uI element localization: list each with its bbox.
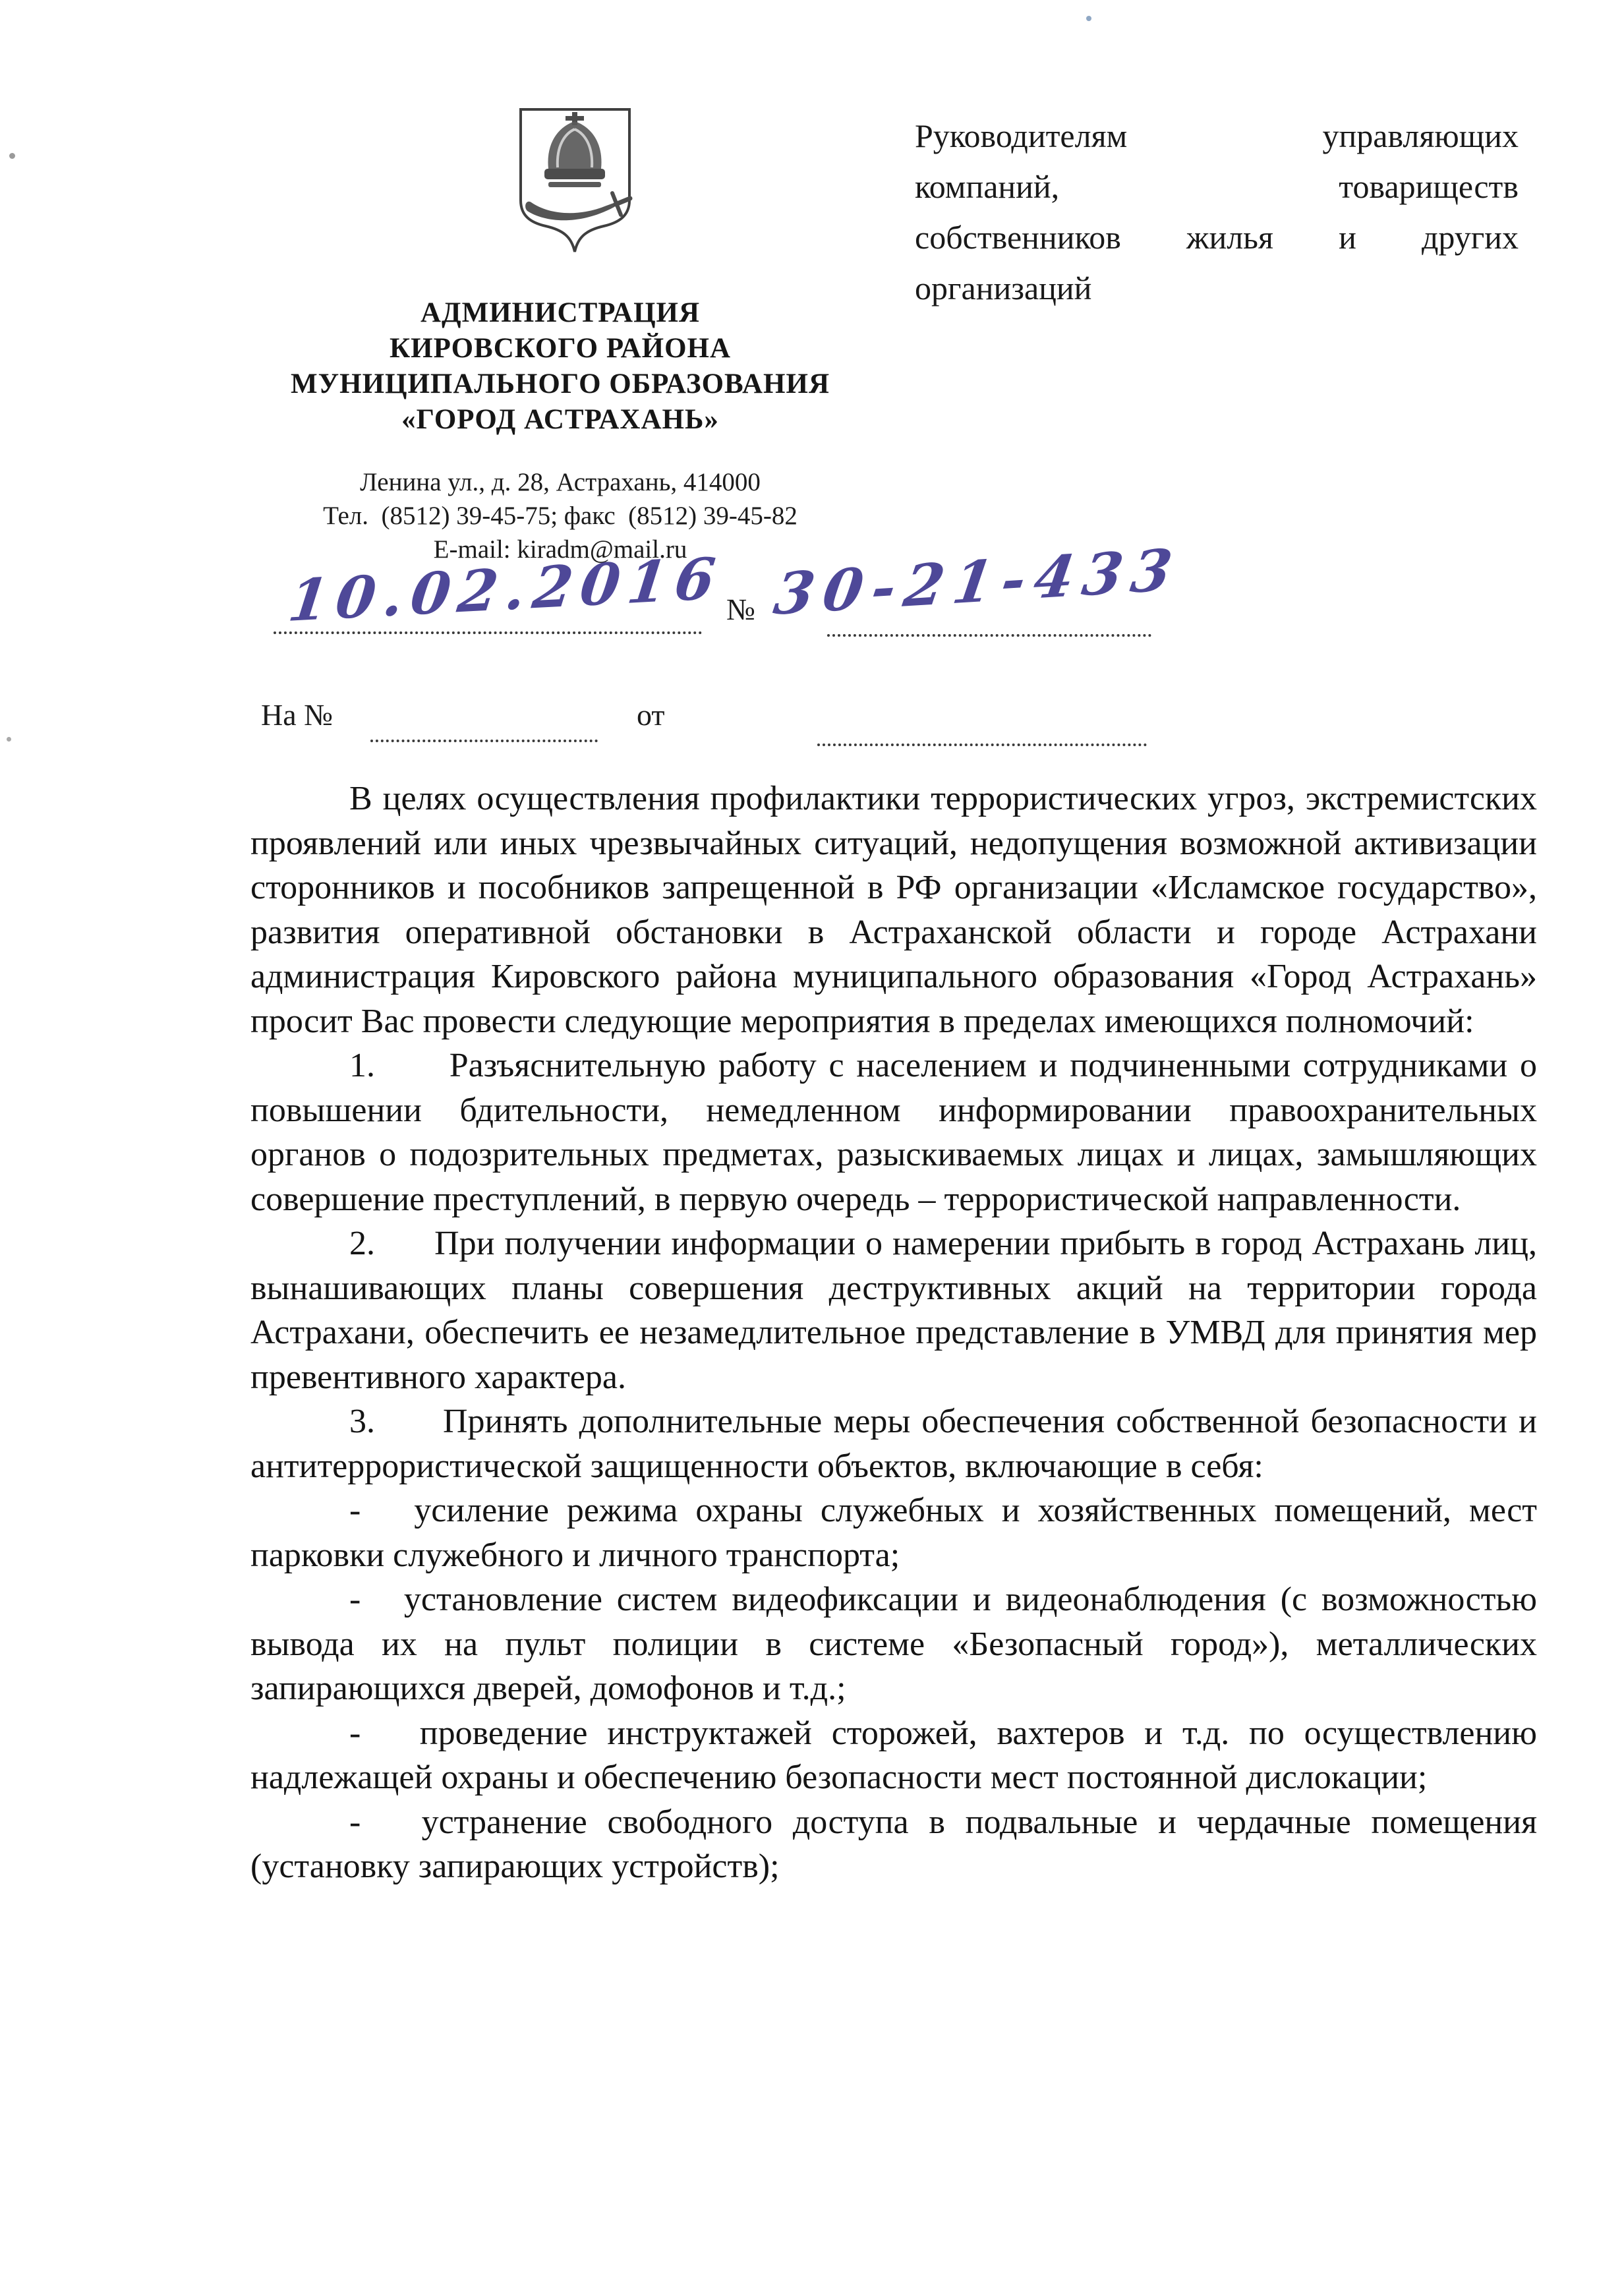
- letter-body: В целях осуществления профилактики терро…: [250, 776, 1537, 1889]
- body-list-item-dash: - усиление режима охраны служебных и хоз…: [250, 1488, 1537, 1577]
- number-underline: [827, 634, 1151, 637]
- org-line: КИРОВСКОГО РАЙОНА: [178, 331, 942, 366]
- org-line: «ГОРОД АСТРАХАНЬ»: [178, 402, 942, 438]
- reply-to-label: На №: [261, 697, 333, 732]
- phone-fax-line: Тел. (8512) 39-45-75; факс (8512) 39-45-…: [178, 499, 942, 533]
- recipient-line: компаний, товариществ: [915, 161, 1519, 212]
- body-paragraph-numbered-3: 3. Принять дополнительные меры обеспечен…: [250, 1399, 1537, 1488]
- scanned-letter-page: Руководителям управляющих компаний, това…: [0, 0, 1624, 2278]
- from-blank-underline: [817, 744, 1147, 746]
- scan-speck: [9, 153, 15, 159]
- letterhead-org-name: АДМИНИСТРАЦИЯ КИРОВСКОГО РАЙОНА МУНИЦИПА…: [178, 295, 942, 438]
- address-line: Ленина ул., д. 28, Астрахань, 414000: [178, 465, 942, 499]
- org-line: АДМИНИСТРАЦИЯ: [178, 295, 942, 331]
- recipient-line: собственников жилья и других: [915, 212, 1519, 263]
- number-sign-label: №: [726, 592, 755, 627]
- recipient-line: Руководителям управляющих: [915, 111, 1519, 161]
- scan-speck: [1086, 16, 1091, 21]
- letterhead-contacts: Ленина ул., д. 28, Астрахань, 414000 Тел…: [178, 465, 942, 566]
- date-underline: [274, 631, 702, 634]
- coat-of-arms-icon: [514, 104, 636, 257]
- body-paragraph-numbered-2: 2. При получении информации о намерении …: [250, 1221, 1537, 1399]
- body-paragraph-numbered-1: 1. Разъяснительную работу с населением и…: [250, 1043, 1537, 1221]
- body-list-item-dash: - проведение инструктажей сторожей, вахт…: [250, 1711, 1537, 1800]
- recipient-line: организаций: [915, 263, 1519, 314]
- body-list-item-dash: - устранение свободного доступа в подвал…: [250, 1800, 1537, 1889]
- reply-to-blank-underline: [370, 740, 598, 742]
- body-list-item-dash: - установление систем видеофиксации и ви…: [250, 1577, 1537, 1711]
- body-paragraph: В целях осуществления профилактики терро…: [250, 776, 1537, 1043]
- recipient-block: Руководителям управляющих компаний, това…: [915, 111, 1519, 314]
- from-label: от: [637, 697, 665, 732]
- scan-speck: [7, 737, 11, 742]
- org-line: МУНИЦИПАЛЬНОГО ОБРАЗОВАНИЯ: [178, 366, 942, 402]
